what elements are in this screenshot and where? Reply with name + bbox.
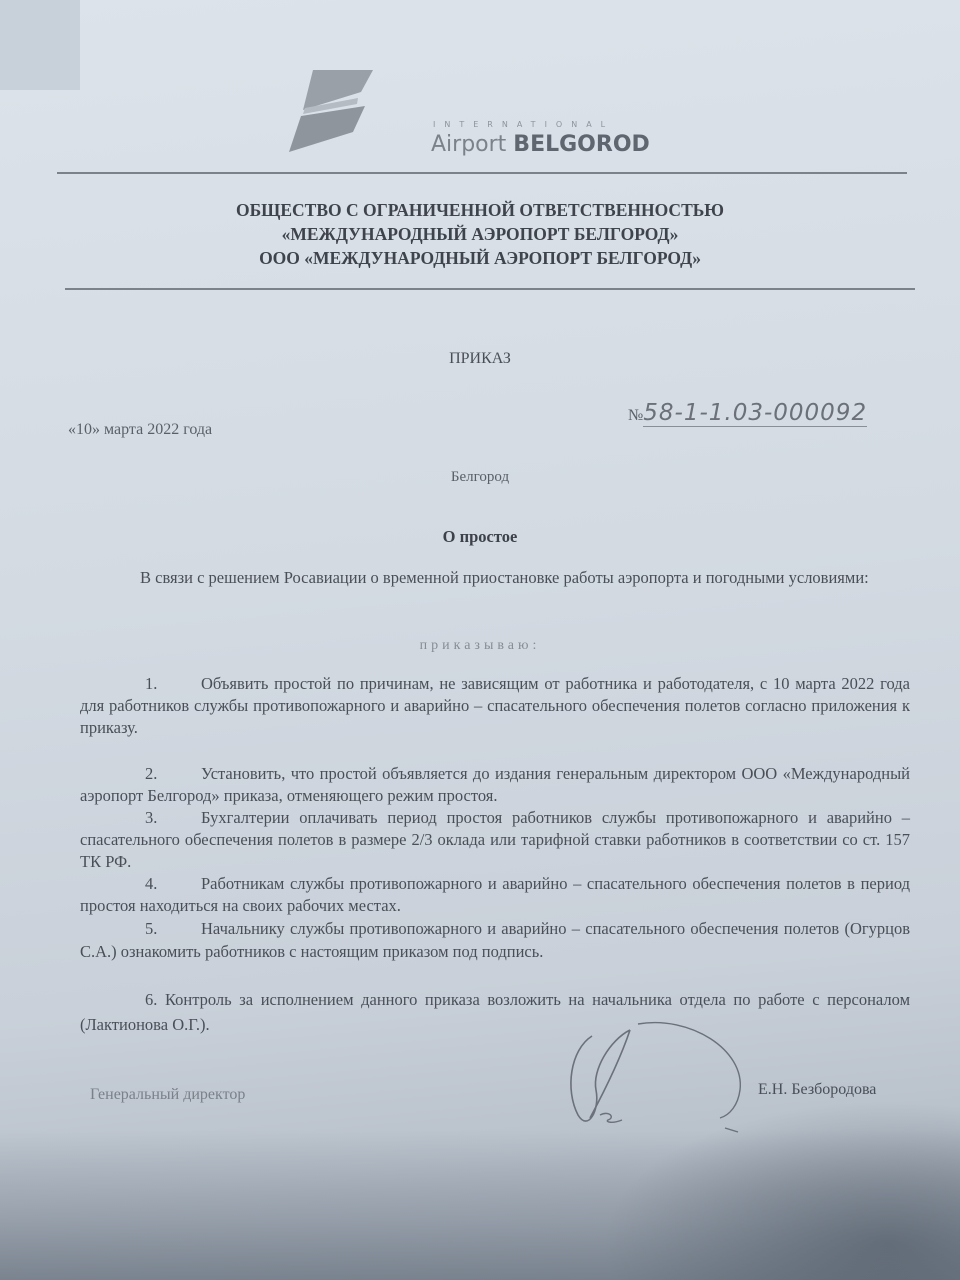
preamble: В связи с решением Росавиации о временно… <box>80 567 910 589</box>
signatory-position: Генеральный директор <box>90 1086 245 1104</box>
order-item-2: 2.Установить, что простой объявляется до… <box>80 763 910 807</box>
item-number: 2. <box>145 763 201 785</box>
header-divider-bottom <box>65 288 915 290</box>
item-number: 5. <box>145 917 201 940</box>
order-word: приказываю: <box>0 638 960 654</box>
order-item-5: 5.Начальнику службы противопожарного и а… <box>80 917 910 963</box>
item-text: Начальнику службы противопожарного и ава… <box>80 919 910 961</box>
org-line-3: ООО «МЕЖДУНАРОДНЫЙ АЭРОПОРТ БЕЛГОРОД» <box>120 246 840 270</box>
item-text: Бухгалтерии оплачивать период простоя ра… <box>80 808 910 871</box>
order-item-1: 1.Объявить простой по причинам, не завис… <box>80 673 910 739</box>
number-handwritten: 58-1-1.03-000092 <box>643 400 867 427</box>
airport-logo-mark-icon <box>283 70 373 155</box>
item-number: 6. <box>145 990 157 1009</box>
org-line-2: «МЕЖДУНАРОДНЫЙ АЭРОПОРТ БЕЛГОРОД» <box>120 222 840 246</box>
logo-international-label: INTERNATIONAL <box>433 120 614 129</box>
document-city: Белгород <box>0 469 960 486</box>
item-number: 4. <box>145 873 201 895</box>
document-date: «10» марта 2022 года <box>68 421 212 439</box>
organization-header: ОБЩЕСТВО С ОГРАНИЧЕННОЙ ОТВЕТСТВЕННОСТЬЮ… <box>120 198 840 270</box>
order-item-4: 4.Работникам службы противопожарного и а… <box>80 873 910 917</box>
signatory-name: Е.Н. Безбородова <box>758 1081 876 1099</box>
number-prefix: № <box>628 407 643 424</box>
item-number: 1. <box>145 673 201 695</box>
item-text: Объявить простой по причинам, не зависящ… <box>80 674 910 737</box>
background-edge <box>0 0 80 90</box>
item-text: Работникам службы противопожарного и ава… <box>80 874 910 915</box>
order-item-6: 6. Контроль за исполнением данного прика… <box>80 987 910 1037</box>
item-text: Контроль за исполнением данного приказа … <box>80 990 910 1034</box>
document-number: №58-1-1.03-000092 <box>628 400 867 426</box>
document-type: ПРИКАЗ <box>0 350 960 368</box>
logo-name-regular: Airport <box>431 132 513 157</box>
airport-logo: INTERNATIONAL Airport BELGOROD <box>283 70 633 160</box>
document-subject: О простое <box>0 527 960 547</box>
logo-name-bold: BELGOROD <box>513 132 649 157</box>
handwritten-signature-icon <box>560 1020 760 1140</box>
header-divider-top <box>57 172 907 174</box>
order-item-3: 3.Бухгалтерии оплачивать период простоя … <box>80 807 910 873</box>
item-text: Установить, что простой объявляется до и… <box>80 764 910 805</box>
logo-name: Airport BELGOROD <box>431 132 650 157</box>
item-number: 3. <box>145 807 201 829</box>
org-line-1: ОБЩЕСТВО С ОГРАНИЧЕННОЙ ОТВЕТСТВЕННОСТЬЮ <box>120 198 840 222</box>
